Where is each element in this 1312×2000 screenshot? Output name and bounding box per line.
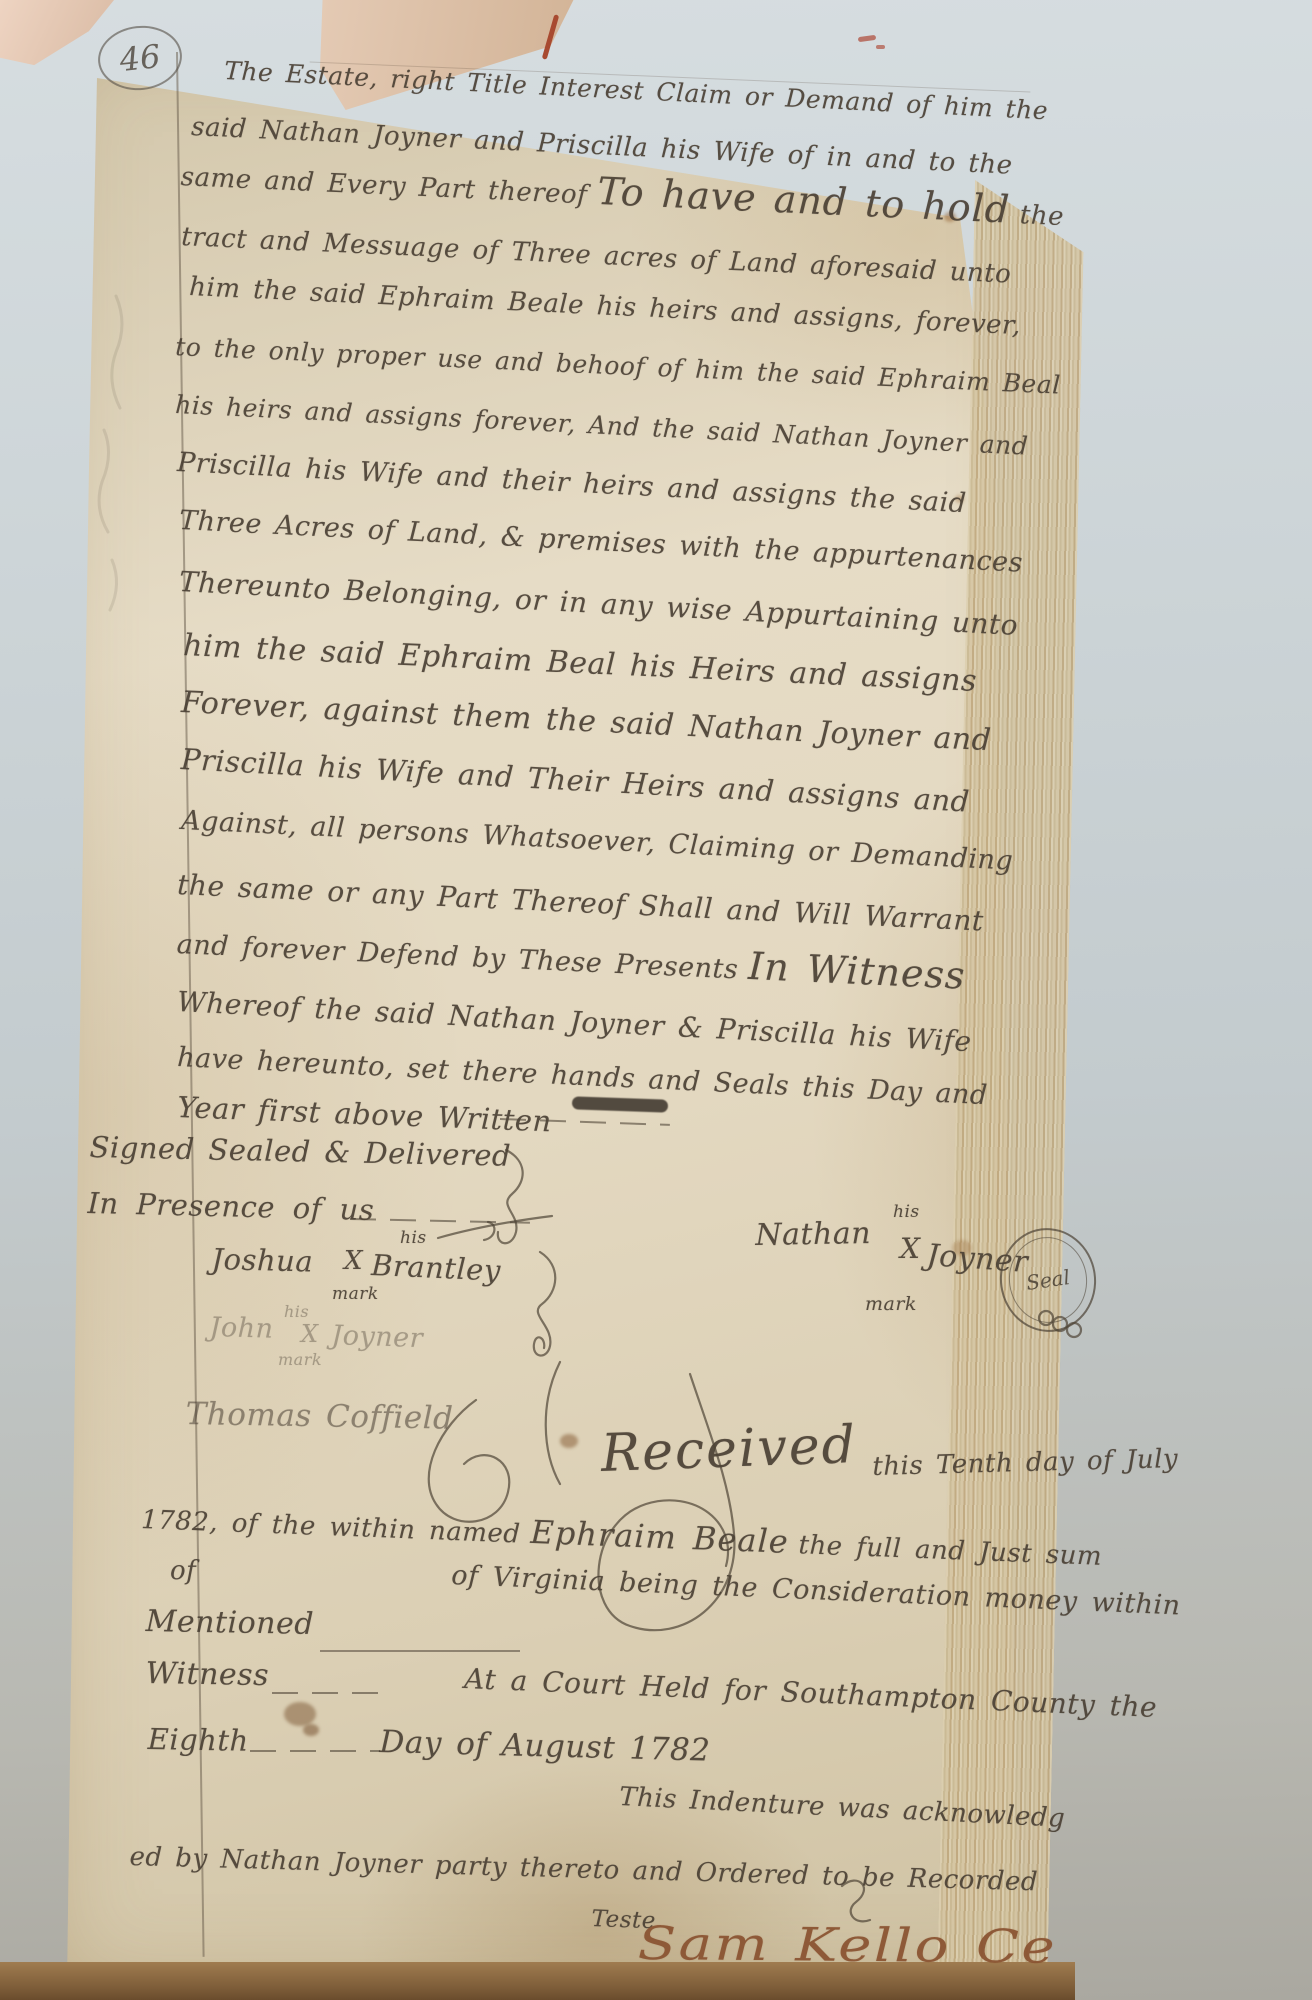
receipt-line: Mentioned: [145, 1604, 314, 1642]
ink-blot: [284, 1702, 316, 1726]
page-number: 46: [118, 37, 162, 79]
witness-mark-label: mark: [332, 1284, 379, 1304]
seal-label: Seal: [1025, 1265, 1072, 1295]
witness-name: Thomas Coffield: [185, 1396, 453, 1437]
witness-his-label: his: [284, 1302, 309, 1321]
receipt-big-word: Received: [600, 1415, 858, 1484]
witness-his-label: his: [400, 1228, 427, 1248]
witness-name-last: Brantley: [371, 1248, 502, 1288]
witness-name-last: Joyner: [331, 1320, 424, 1354]
attestation-line: In Presence of us: [87, 1186, 374, 1227]
deed-line-segment: the: [1019, 200, 1064, 232]
deed-line: The Estate, right Title Interest Claim o…: [224, 56, 1049, 125]
foxing-spot: [560, 1434, 578, 1448]
clerk-signature: Sam Kello Ce: [638, 1916, 1058, 1974]
red-ink-mark: [876, 45, 885, 49]
witness-x-mark: X: [344, 1246, 363, 1276]
witness-name-first: John: [209, 1312, 274, 1345]
red-ink-mark: [858, 35, 877, 42]
ink-blot: [303, 1724, 319, 1736]
trailing-rule: [250, 1750, 380, 1752]
grantor-x-mark: X: [900, 1232, 920, 1265]
court-line: Eighth: [147, 1722, 249, 1758]
witness-x-mark: X: [301, 1320, 319, 1348]
trailing-rule: [320, 1650, 520, 1652]
paper-tab-corner: [0, 0, 114, 74]
trailing-rule: [272, 1692, 382, 1694]
receipt-margin-word: of: [170, 1556, 196, 1586]
witness-mark-label: mark: [278, 1350, 322, 1369]
grantor-mark-label: mark: [865, 1293, 917, 1315]
witness-name-first: Joshua: [211, 1242, 313, 1279]
receipt-line: Witness: [145, 1656, 269, 1693]
grantor-his-label: his: [893, 1202, 920, 1222]
deed-book-photo: 46 The Estate, right Title Interest Clai…: [0, 0, 1312, 2000]
grantor-first-name: Nathan: [755, 1216, 871, 1253]
